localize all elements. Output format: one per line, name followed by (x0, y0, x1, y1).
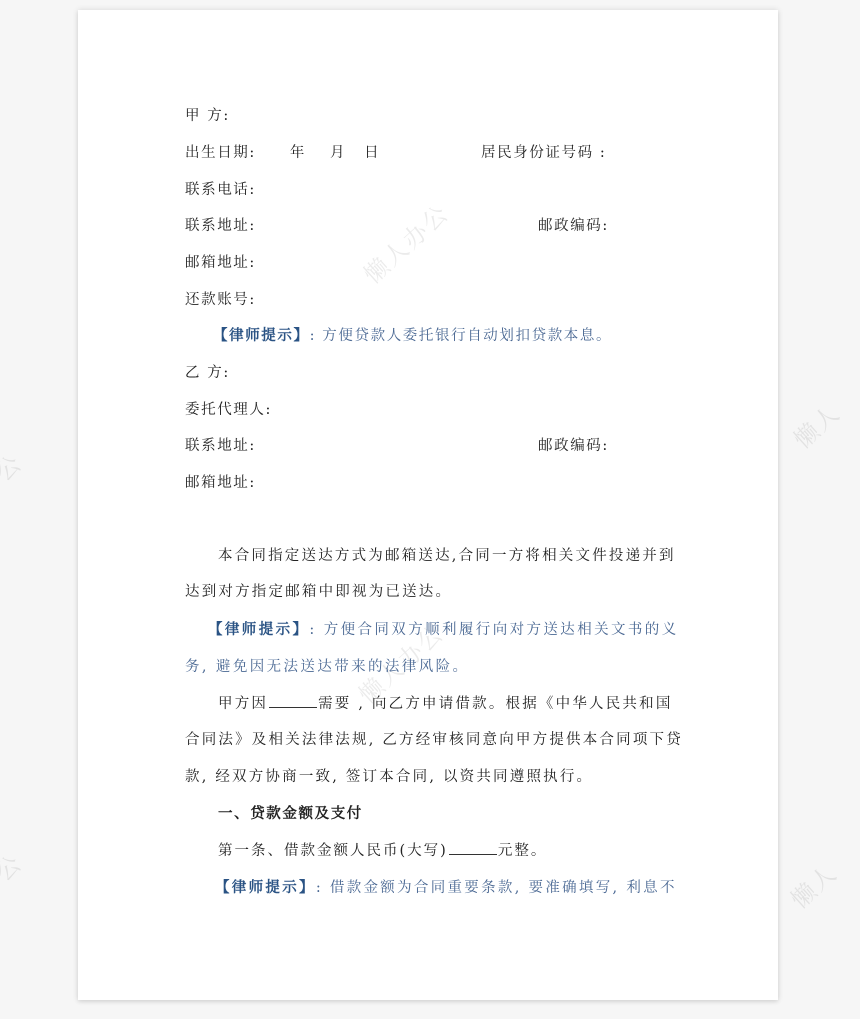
repayment-account-label: 还款账号: (185, 288, 256, 309)
day-label: 日 (364, 145, 380, 161)
party-a-email-label: 邮箱地址: (185, 251, 256, 272)
preamble-line-3: 款, 经双方协商一致, 签订本合同, 以资共同遵照执行。 (185, 765, 593, 786)
service-clause-line-2: 达到对方指定邮箱中即视为已送达。 (185, 580, 452, 601)
document-page: 懒人办公 懒人办公 甲 方: 出生日期:年月日 居民身份证号码 : 联系电话: … (78, 10, 778, 1000)
watermark-right-bottom: 懒人 (782, 854, 844, 915)
phone-label: 联系电话: (185, 178, 256, 199)
preamble-line-1: 甲方因需要 , 向乙方申请借款。根据《中华人民共和国 (218, 692, 673, 713)
lawyer-tip-loan-amount: 【律师提示】: 借款金额为合同重要条款, 要准确填写, 利息不 (215, 876, 677, 897)
article-1: 第一条、借款金额人民币(大写)元整。 (218, 839, 547, 860)
purpose-blank[interactable] (269, 693, 317, 708)
section-1-heading: 一、贷款金额及支付 (218, 802, 363, 823)
service-clause-line-1: 本合同指定送达方式为邮箱送达,合同一方将相关文件投递并到 (218, 544, 676, 565)
party-a-label: 甲 方: (185, 104, 230, 125)
agent-label: 委托代理人: (185, 398, 272, 419)
lawyer-tip-repayment: 【律师提示】: 方便贷款人委托银行自动划扣贷款本息。 (213, 324, 612, 345)
watermark-right-top: 懒人 (785, 394, 847, 455)
watermark-left-top: 办公 (0, 444, 29, 505)
month-label: 月 (330, 145, 346, 161)
birth-date-row: 出生日期:年月日 (185, 141, 380, 162)
party-b-address-label: 联系地址: (185, 434, 256, 455)
watermark-page-top: 懒人办公 (355, 194, 456, 290)
birth-date-label: 出生日期: (185, 145, 256, 161)
year-label: 年 (290, 145, 306, 161)
lawyer-tip-tag: 【律师提示】 (213, 327, 310, 344)
party-a-address-label: 联系地址: (185, 214, 256, 235)
lawyer-tip-service: 【律师提示】: 方便合同双方顺利履行向对方送达相关文书的义 (208, 618, 679, 639)
party-b-email-label: 邮箱地址: (185, 471, 256, 492)
watermark-left-bottom: 办公 (0, 844, 29, 905)
preamble-line-2: 合同法》及相关法律法规, 乙方经审核同意向甲方提供本合同项下贷 (185, 728, 683, 749)
document-viewer: 办公 办公 懒人 懒人 懒人办公 懒人办公 甲 方: 出生日期:年月日 居民身份… (0, 0, 860, 1019)
loan-amount-blank[interactable] (449, 840, 497, 855)
lawyer-tip-tag: 【律师提示】 (208, 621, 309, 638)
lawyer-tip-service-line-2: 务, 避免因无法送达带来的法律风险。 (185, 655, 469, 676)
party-b-postcode-label: 邮政编码: (538, 434, 609, 455)
party-a-postcode-label: 邮政编码: (538, 214, 609, 235)
id-number-label: 居民身份证号码 : (481, 141, 606, 162)
party-b-label: 乙 方: (185, 361, 230, 382)
lawyer-tip-tag: 【律师提示】 (215, 879, 316, 896)
